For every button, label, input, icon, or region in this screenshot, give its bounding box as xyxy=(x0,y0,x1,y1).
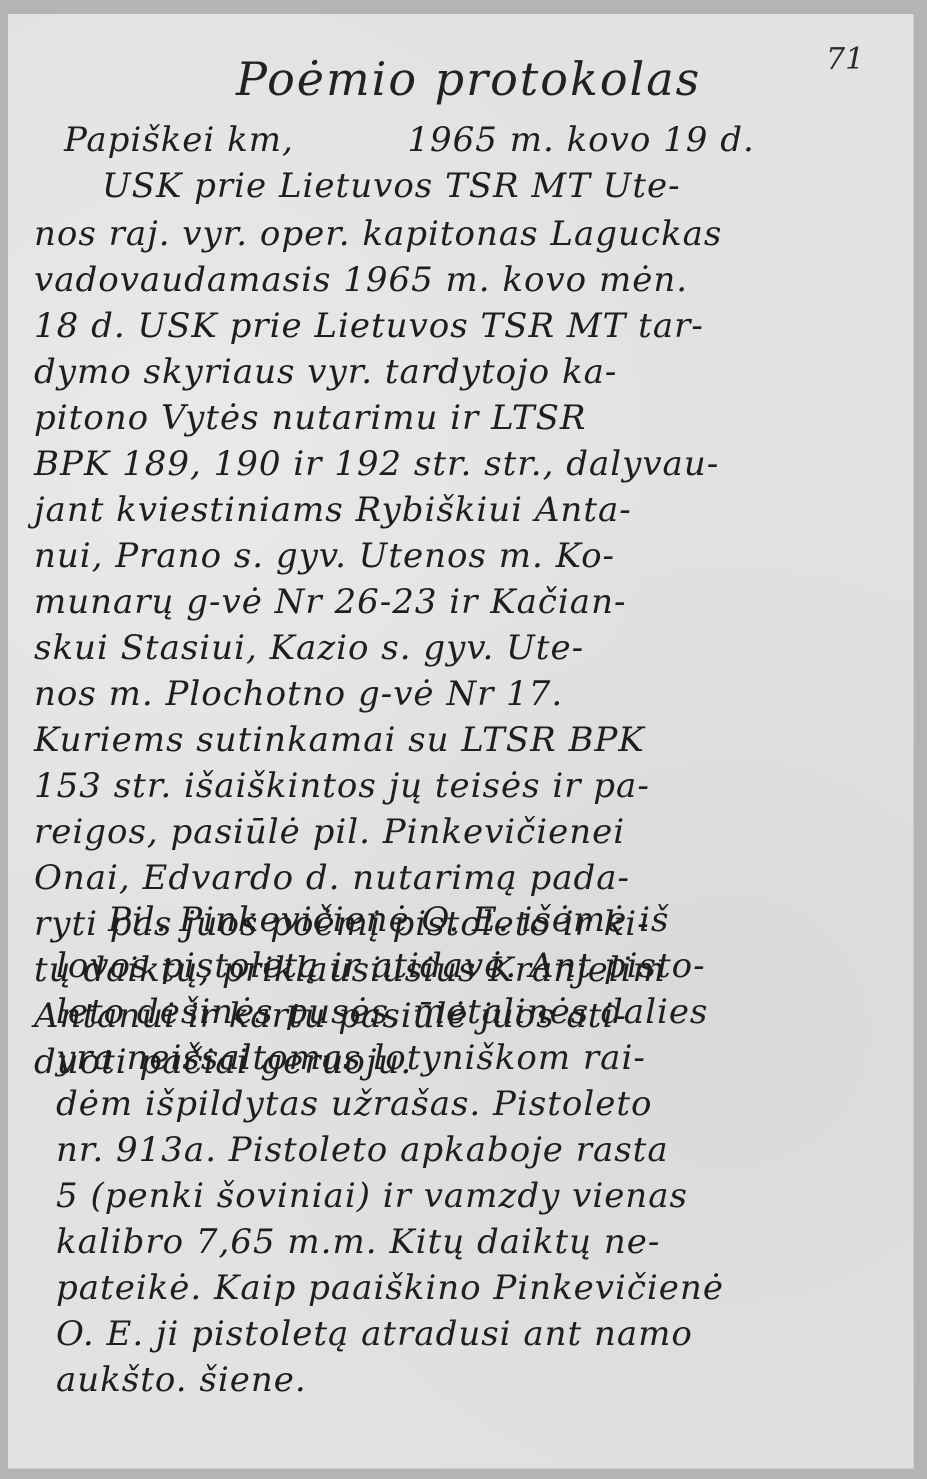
page-number: 71 xyxy=(826,42,864,77)
body-line: BPK 189, 190 ir 192 str. str., dalyvau- xyxy=(34,444,719,484)
body-line: USK prie Lietuvos TSR MT Ute- xyxy=(102,166,681,206)
body-line: vadovaudamasis 1965 m. kovo mėn. xyxy=(34,260,688,300)
body-line: O. E. ji pistoletą atradusi ant namo xyxy=(56,1314,693,1354)
body-line: leto dešinės pusės, metalinės dalies xyxy=(56,992,708,1032)
body-line: Kuriems sutinkamai su LTSR BPK xyxy=(34,720,645,760)
body-line: skui Stasiui, Kazio s. gyv. Ute- xyxy=(34,628,584,668)
body-line: 153 str. išaiškintos jų teisės ir pa- xyxy=(34,766,650,806)
body-line: dėm išpildytas užrašas. Pistoleto xyxy=(56,1084,653,1124)
body-line: 5 (penki šoviniai) ir vamzdy vienas xyxy=(56,1176,688,1216)
body-line: 18 d. USK prie Lietuvos TSR MT tar- xyxy=(34,306,704,346)
body-line: aukšto. šiene. xyxy=(56,1360,307,1400)
date: 1965 m. kovo 19 d. xyxy=(407,120,754,160)
body-line: kalibro 7,65 m.m. Kitų daiktų ne- xyxy=(56,1222,660,1262)
body-line: pitono Vytės nutarimu ir LTSR xyxy=(34,398,586,438)
place: Papiškei km, xyxy=(64,120,294,160)
body-line: lovos pistoletą ir atidavė. Ant pisto- xyxy=(56,946,706,986)
body-line: nos raj. vyr. oper. kapitonas Laguckas xyxy=(34,214,722,254)
body-line: nos m. Plochotno g-vė Nr 17. xyxy=(34,674,563,714)
place-line: Papiškei km, 1965 m. kovo 19 d. xyxy=(64,120,755,160)
body-line: Pil. Pinkevičienė O. E. išėmė iš xyxy=(108,900,669,940)
body-line: reigos, pasiūlė pil. Pinkevičienei xyxy=(34,812,625,852)
document-title: Poėmio protokolas xyxy=(236,52,701,106)
body-line: dymo skyriaus vyr. tardytojo ka- xyxy=(34,352,617,392)
body-line: nr. 913a. Pistoleto apkaboje rasta xyxy=(56,1130,669,1170)
body-line: nui, Prano s. gyv. Utenos m. Ko- xyxy=(34,536,615,576)
body-line: jant kviestiniams Rybiškiui Anta- xyxy=(34,490,632,530)
body-line: pateikė. Kaip paaiškino Pinkevičienė xyxy=(56,1268,724,1308)
body-line: yra neišsaltomas lotyniškom rai- xyxy=(56,1038,646,1078)
body-line: Onai, Edvardo d. nutarimą pada- xyxy=(34,858,630,898)
body-line: munarų g-vė Nr 26-23 ir Kačian- xyxy=(34,582,626,622)
